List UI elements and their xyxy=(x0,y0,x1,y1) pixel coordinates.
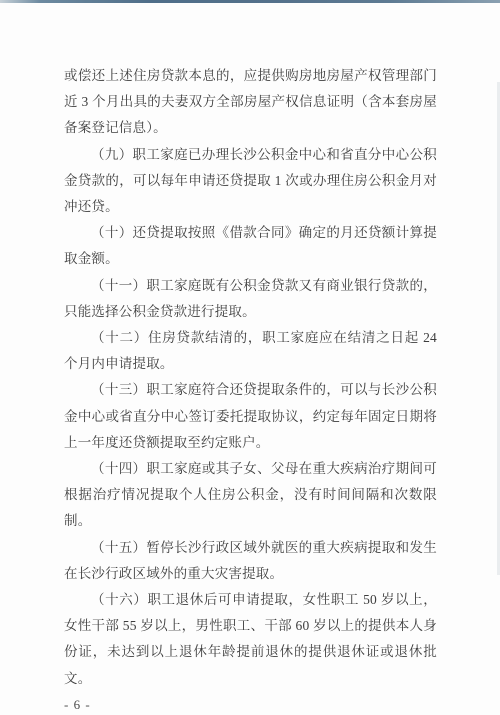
paragraph-item-14: （十四）职工家庭或其子女、父母在重大疾病治疗期间可根据治疗情况提取个人住房公积金… xyxy=(64,456,437,535)
paragraph-item-11: （十一）职工家庭既有公积金贷款又有商业银行贷款的，只能选择公积金贷款进行提取。 xyxy=(64,273,437,325)
paragraph-item-10: （十）还贷提取按照《借款合同》确定的月还贷额计算提取金额。 xyxy=(64,220,437,272)
paragraph-continuation: 或偿还上述住房贷款本息的，应提供购房地房屋产权管理部门近 3 个月出具的夫妻双方… xyxy=(64,63,437,142)
scan-edge-top xyxy=(0,0,500,3)
paragraph-item-13: （十三）职工家庭符合还贷提取条件的，可以与长沙公积金中心或省直分中心签订委托提取… xyxy=(64,377,437,456)
paragraph-item-15: （十五）暂停长沙行政区域外就医的重大疾病提取和发生在长沙行政区域外的重大灾害提取… xyxy=(64,535,437,587)
page-number: - 6 - xyxy=(64,692,437,715)
paragraph-item-12: （十二）住房贷款结清的，职工家庭应在结清之日起 24 个月内申请提取。 xyxy=(64,325,437,377)
paragraph-item-16: （十六）职工退休后可申请提取，女性职工 50 岁以上，女性干部 55 岁以上，男… xyxy=(64,587,437,692)
paragraph-item-9: （九）职工家庭已办理长沙公积金中心和省直分中心公积金贷款的，可以每年申请还贷提取… xyxy=(64,142,437,221)
document-body: 或偿还上述住房贷款本息的，应提供购房地房屋产权管理部门近 3 个月出具的夫妻双方… xyxy=(64,63,437,715)
scanned-document-page: 或偿还上述住房贷款本息的，应提供购房地房屋产权管理部门近 3 个月出具的夫妻双方… xyxy=(0,0,500,715)
